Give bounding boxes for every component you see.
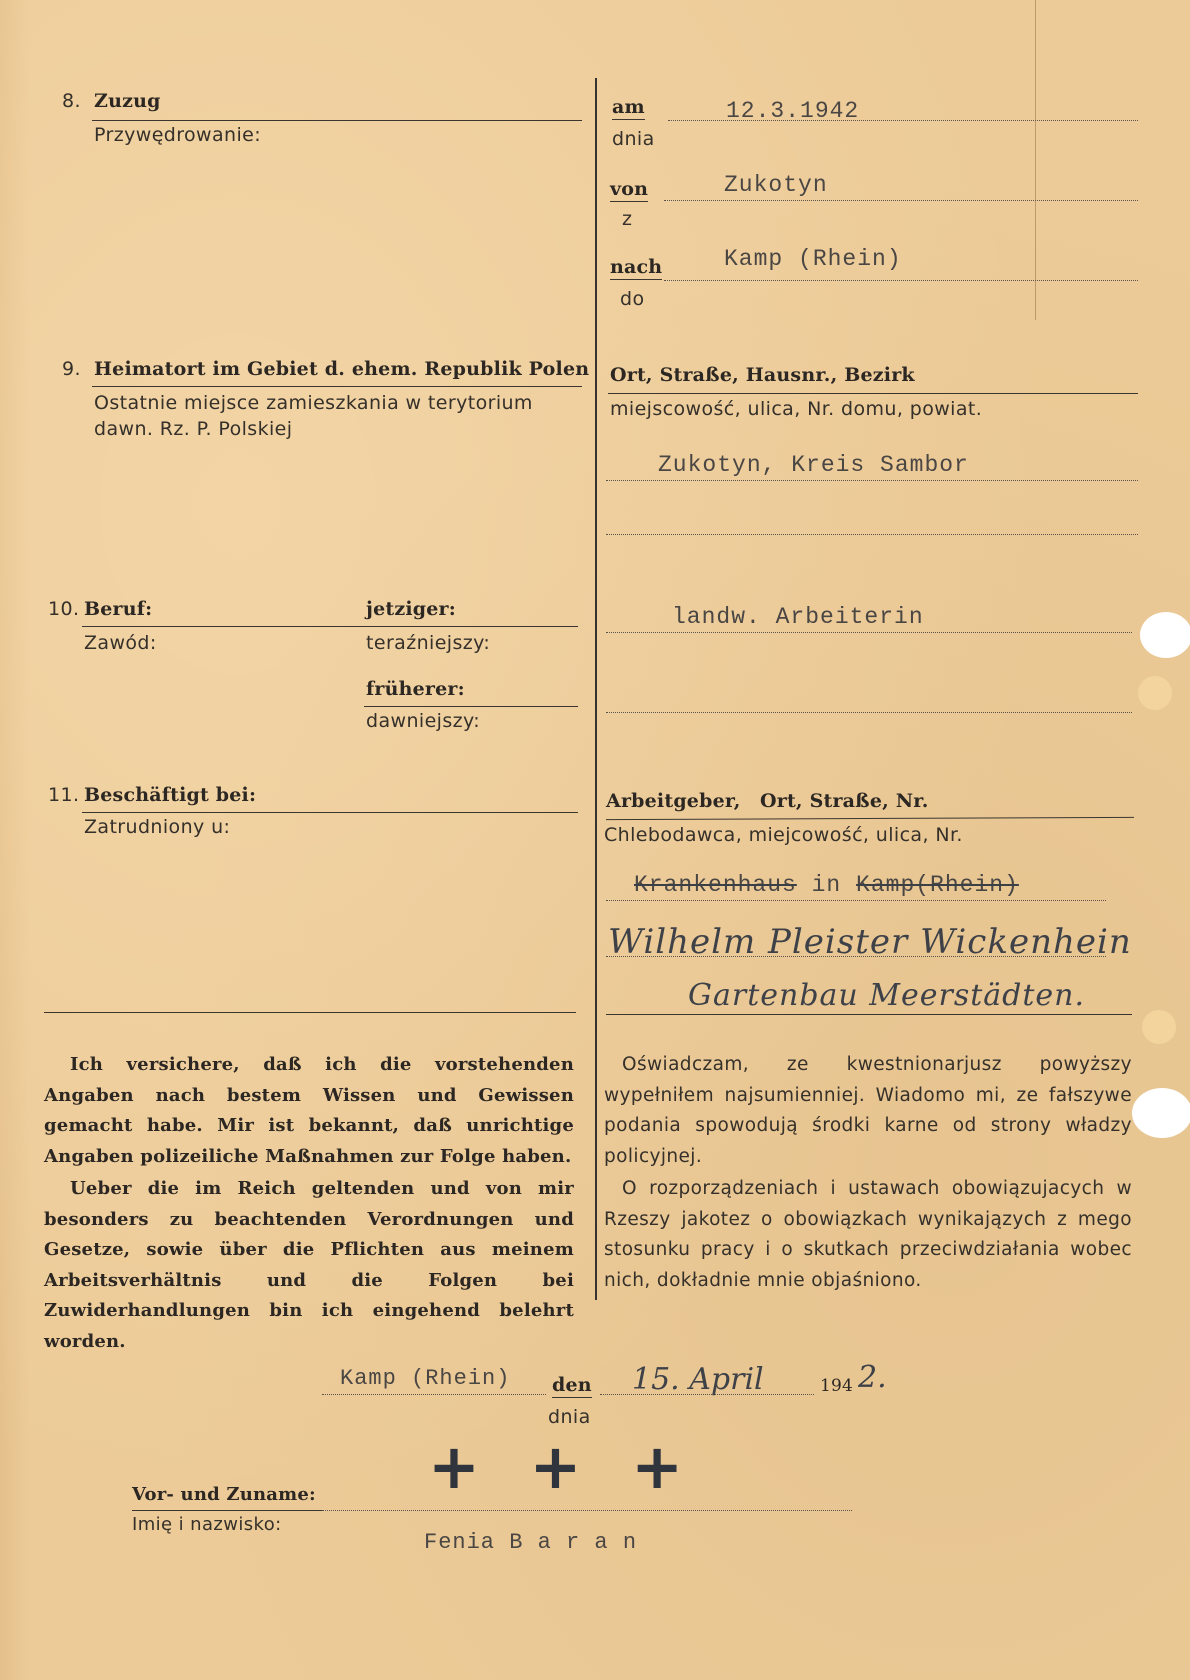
column-divider xyxy=(595,78,597,1300)
underline xyxy=(606,817,1134,820)
address-value: Zukotyn, Kreis Sambor xyxy=(658,452,969,478)
employer-label-de-1: Arbeitgeber, xyxy=(606,790,741,812)
address-label-pl: miejscowość, ulica, Nr. domu, powiat. xyxy=(610,398,982,420)
underline xyxy=(92,120,582,121)
current-label-pl: teraźniejszy: xyxy=(366,632,490,654)
address-field-line-2 xyxy=(606,534,1138,535)
label-pl: Zatrudniony u: xyxy=(84,816,230,838)
date-label-pl: dnia xyxy=(612,128,655,150)
typed-text: in xyxy=(797,872,856,898)
label-de: Beruf: xyxy=(84,598,152,620)
punch-hole-stain xyxy=(1138,676,1172,710)
to-label-de: nach xyxy=(610,256,662,280)
underline xyxy=(364,706,578,707)
punch-hole xyxy=(1140,612,1190,658)
label-pl-line1: Ostatnie miejsce zamieszkania w terytori… xyxy=(94,392,533,414)
date-value: 15. April xyxy=(632,1362,764,1397)
label-pl: Przywędrowanie: xyxy=(94,124,261,146)
current-value: landw. Arbeiterin xyxy=(672,604,924,630)
date-label-pl: dnia xyxy=(548,1406,591,1428)
employer-label-pl: Chlebodawca, miejcowość, ulica, Nr. xyxy=(604,824,963,846)
label-de: Zuzug xyxy=(94,90,161,112)
name-value: Fenia B a r a n xyxy=(424,1530,637,1555)
label-de: Beschäftigt bei: xyxy=(84,784,256,806)
former-field-line xyxy=(606,712,1132,713)
name-label-de: Vor- und Zuname: xyxy=(132,1484,316,1505)
employer-handwritten-line1: Wilhelm Pleister Wickenhein xyxy=(608,922,1132,962)
employer-label-de-2: Ort, Straße, Nr. xyxy=(760,790,929,812)
section-number: 8. xyxy=(62,90,81,112)
date-label-de: den xyxy=(552,1374,592,1398)
place-field-line xyxy=(322,1394,546,1395)
date-label-de: am xyxy=(612,96,645,120)
struck-text: Kamp(Rhein) xyxy=(856,872,1019,898)
section-divider-right xyxy=(606,1014,1132,1015)
date-value: 12.3.1942 xyxy=(726,98,859,124)
section-number: 10. xyxy=(48,598,79,620)
year-suffix: 2. xyxy=(858,1360,887,1395)
to-label-pl: do xyxy=(620,288,645,310)
current-field-line xyxy=(606,632,1132,633)
label-de: Heimatort im Gebiet d. ehem. Republik Po… xyxy=(94,358,589,380)
declaration-pl-para2: O rozporządzeniach i ustawach obowiązuja… xyxy=(604,1174,1132,1296)
declaration-de-para1: Ich versichere, daß ich die vorstehenden… xyxy=(44,1050,574,1172)
address-field-line xyxy=(606,480,1138,481)
former-label-pl: dawniejszy: xyxy=(366,710,480,732)
name-label-pl: Imię i nazwisko: xyxy=(132,1514,282,1535)
paper-fold-crease xyxy=(1035,0,1036,320)
declaration-de-para2: Ueber die im Reich geltenden und von mir… xyxy=(44,1174,574,1357)
place-value: Kamp (Rhein) xyxy=(340,1366,510,1391)
label-pl: Zawód: xyxy=(84,632,157,654)
year-prefix: 194 xyxy=(820,1376,853,1396)
current-label-de: jetziger: xyxy=(366,598,456,620)
underline xyxy=(608,393,1138,394)
struck-text: Krankenhaus xyxy=(634,872,797,898)
label-pl-line2: dawn. Rz. P. Polskiej xyxy=(94,418,292,440)
section-divider-left xyxy=(44,1012,576,1013)
from-field-line xyxy=(664,200,1138,201)
signature-cross-marks: + + + xyxy=(428,1430,697,1503)
section-number: 11. xyxy=(48,784,79,806)
section-number: 9. xyxy=(62,358,81,380)
underline xyxy=(82,812,578,813)
to-field-line xyxy=(664,280,1138,281)
employer-field-line xyxy=(606,900,1106,901)
employer-typed-value: Krankenhaus in Kamp(Rhein) xyxy=(634,872,1019,898)
from-value: Zukotyn xyxy=(724,172,828,198)
from-label-de: von xyxy=(610,178,648,202)
from-label-pl: z xyxy=(622,208,632,230)
punch-hole xyxy=(1132,1088,1190,1138)
to-value: Kamp (Rhein) xyxy=(724,246,902,272)
name-field-line xyxy=(322,1510,852,1511)
punch-hole-stain xyxy=(1142,1010,1176,1044)
declaration-pl-para1: Oświadczam, ze kwestnionarjusz powyższy … xyxy=(604,1050,1132,1172)
name-label-underline xyxy=(132,1510,322,1511)
underline xyxy=(82,626,578,627)
address-label-de: Ort, Straße, Hausnr., Bezirk xyxy=(610,364,915,386)
employer-handwritten-line2: Gartenbau Meerstädten. xyxy=(688,978,1085,1013)
former-label-de: früherer: xyxy=(366,678,465,700)
underline xyxy=(92,386,582,387)
